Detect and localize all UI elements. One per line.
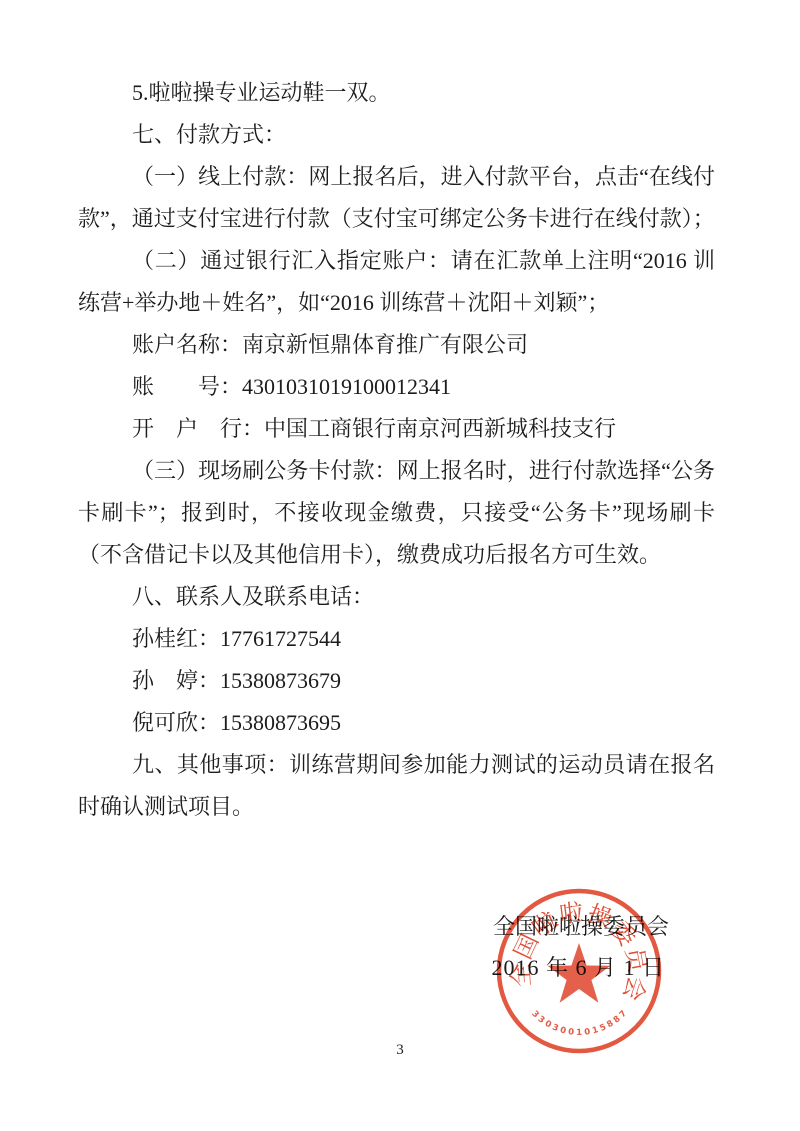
signature-date: 2016 年 6 月 1 日 xyxy=(78,947,665,988)
para-account-name: 账户名称：南京新恒鼎体育推广有限公司 xyxy=(78,324,715,366)
heading-contacts: 八、联系人及联系电话： xyxy=(78,576,715,618)
heading-payment-methods: 七、付款方式： xyxy=(78,114,715,156)
contact-sun-guihong: 孙桂红：17761727544 xyxy=(78,618,715,660)
document-body: 5.啦啦操专业运动鞋一双。 七、付款方式： （一）线上付款：网上报名后，进入付款… xyxy=(78,72,715,988)
signature-block: 全国啦啦操委员会 2016 年 6 月 1 日 xyxy=(78,906,715,988)
contact-sun-ting: 孙 婷：15380873679 xyxy=(78,660,715,702)
para-bank-branch: 开 户 行：中国工商银行南京河西新城科技支行 xyxy=(78,408,715,450)
para-other-items: 九、其他事项：训练营期间参加能力测试的运动员请在报名时确认测试项目。 xyxy=(78,744,715,828)
para-bank-transfer: （二）通过银行汇入指定账户：请在汇款单上注明“2016 训练营+举办地＋姓名”，… xyxy=(78,240,715,324)
para-account-number: 账 号：4301031019100012341 xyxy=(78,366,715,408)
page-number: 3 xyxy=(0,1042,800,1059)
para-shoes: 5.啦啦操专业运动鞋一双。 xyxy=(78,72,715,114)
document-page: 5.啦啦操专业运动鞋一双。 七、付款方式： （一）线上付款：网上报名后，进入付款… xyxy=(0,0,800,1131)
seal-serial-number: 3303001015887 xyxy=(529,1007,630,1038)
contact-ni-kexin: 倪可欣：15380873695 xyxy=(78,702,715,744)
para-onsite-card: （三）现场刷公务卡付款：网上报名时，进行付款选择“公务卡刷卡”；报到时，不接收现… xyxy=(78,450,715,576)
signature-org: 全国啦啦操委员会 xyxy=(78,906,669,947)
para-online-payment: （一）线上付款：网上报名后，进入付款平台，点击“在线付款”，通过支付宝进行付款（… xyxy=(78,156,715,240)
